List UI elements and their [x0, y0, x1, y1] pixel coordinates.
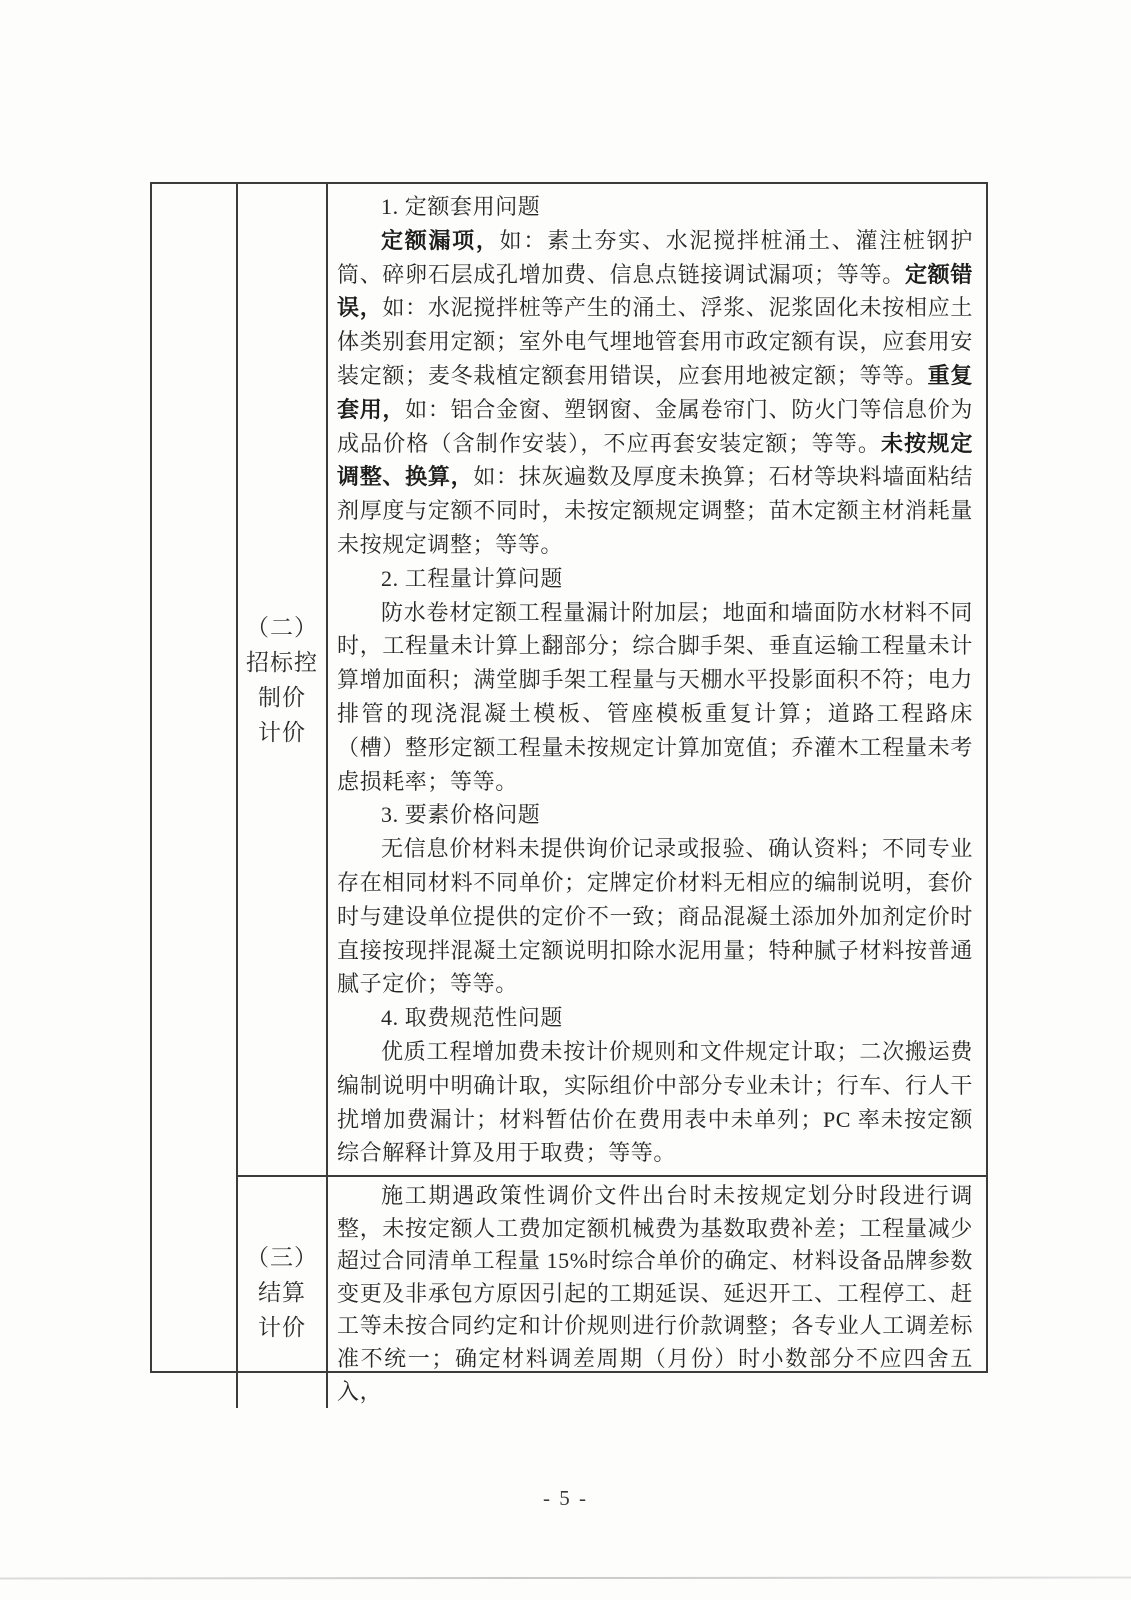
- heading-quota-application: 1. 定额套用问题: [337, 190, 973, 224]
- text-run: 如：水泥搅拌桩等产生的涌土、浮浆、泥浆固化未按相应土体类别套用定额；室外电气埋地…: [337, 295, 973, 388]
- row-label-settlement-price: （三） 结算 计价: [238, 1175, 328, 1408]
- text-run: 如：铝合金窗、塑钢窗、金属卷帘门、防火门等信息价为成品价格（含制作安装），不应再…: [337, 397, 973, 456]
- pricing-issues-table: （二） 招标控 制价 计价 1. 定额套用问题 定额漏项，如：素土夯实、水泥搅拌…: [150, 182, 988, 1373]
- heading-quantity-calculation: 2. 工程量计算问题: [337, 562, 973, 596]
- cell-content-bid-control: 1. 定额套用问题 定额漏项，如：素土夯实、水泥搅拌桩涌土、灌注桩钢护筒、碎卵石…: [328, 184, 986, 1175]
- scan-edge-line: [0, 1577, 1131, 1580]
- row-label-line: （二）: [246, 610, 318, 645]
- document-page: （二） 招标控 制价 计价 1. 定额套用问题 定额漏项，如：素土夯实、水泥搅拌…: [0, 0, 1131, 1600]
- paragraph-fee-standard: 优质工程增加费未按计价规则和文件规定计取；二次搬运费编制说明中明确计取，实际组价…: [337, 1035, 973, 1170]
- paragraph-quota-application: 定额漏项，如：素土夯实、水泥搅拌桩涌土、灌注桩钢护筒、碎卵石层成孔增加费、信息点…: [337, 224, 973, 562]
- row-label-bid-control-price: （二） 招标控 制价 计价: [238, 184, 328, 1175]
- row-label-line: 计价: [258, 715, 306, 750]
- row-label-line: （三）: [246, 1240, 318, 1275]
- category-cell-empty: [152, 184, 238, 1408]
- paragraph-factor-price: 无信息价材料未提供询价记录或报验、确认资料；不同专业存在相同材料不同单价；定牌定…: [337, 832, 973, 1001]
- paragraph-settlement: 施工期遇政策性调价文件出台时未按规定划分时段进行调整，未按定额人工费加定额机械费…: [337, 1180, 973, 1408]
- heading-factor-price: 3. 要素价格问题: [337, 798, 973, 832]
- heading-fee-standard: 4. 取费规范性问题: [337, 1001, 973, 1035]
- page-number: - 5 -: [0, 1486, 1131, 1511]
- paragraph-quantity-calculation: 防水卷材定额工程量漏计附加层；地面和墙面防水材料不同时，工程量未计算上翻部分；综…: [337, 596, 973, 799]
- row-label-line: 结算: [258, 1275, 306, 1310]
- row-label-line: 计价: [258, 1310, 306, 1345]
- row-label-line: 招标控: [246, 645, 318, 680]
- cell-content-settlement: 施工期遇政策性调价文件出台时未按规定划分时段进行调整，未按定额人工费加定额机械费…: [328, 1175, 986, 1408]
- row-label-line: 制价: [258, 680, 306, 715]
- bold-term: 定额漏项，: [381, 228, 500, 253]
